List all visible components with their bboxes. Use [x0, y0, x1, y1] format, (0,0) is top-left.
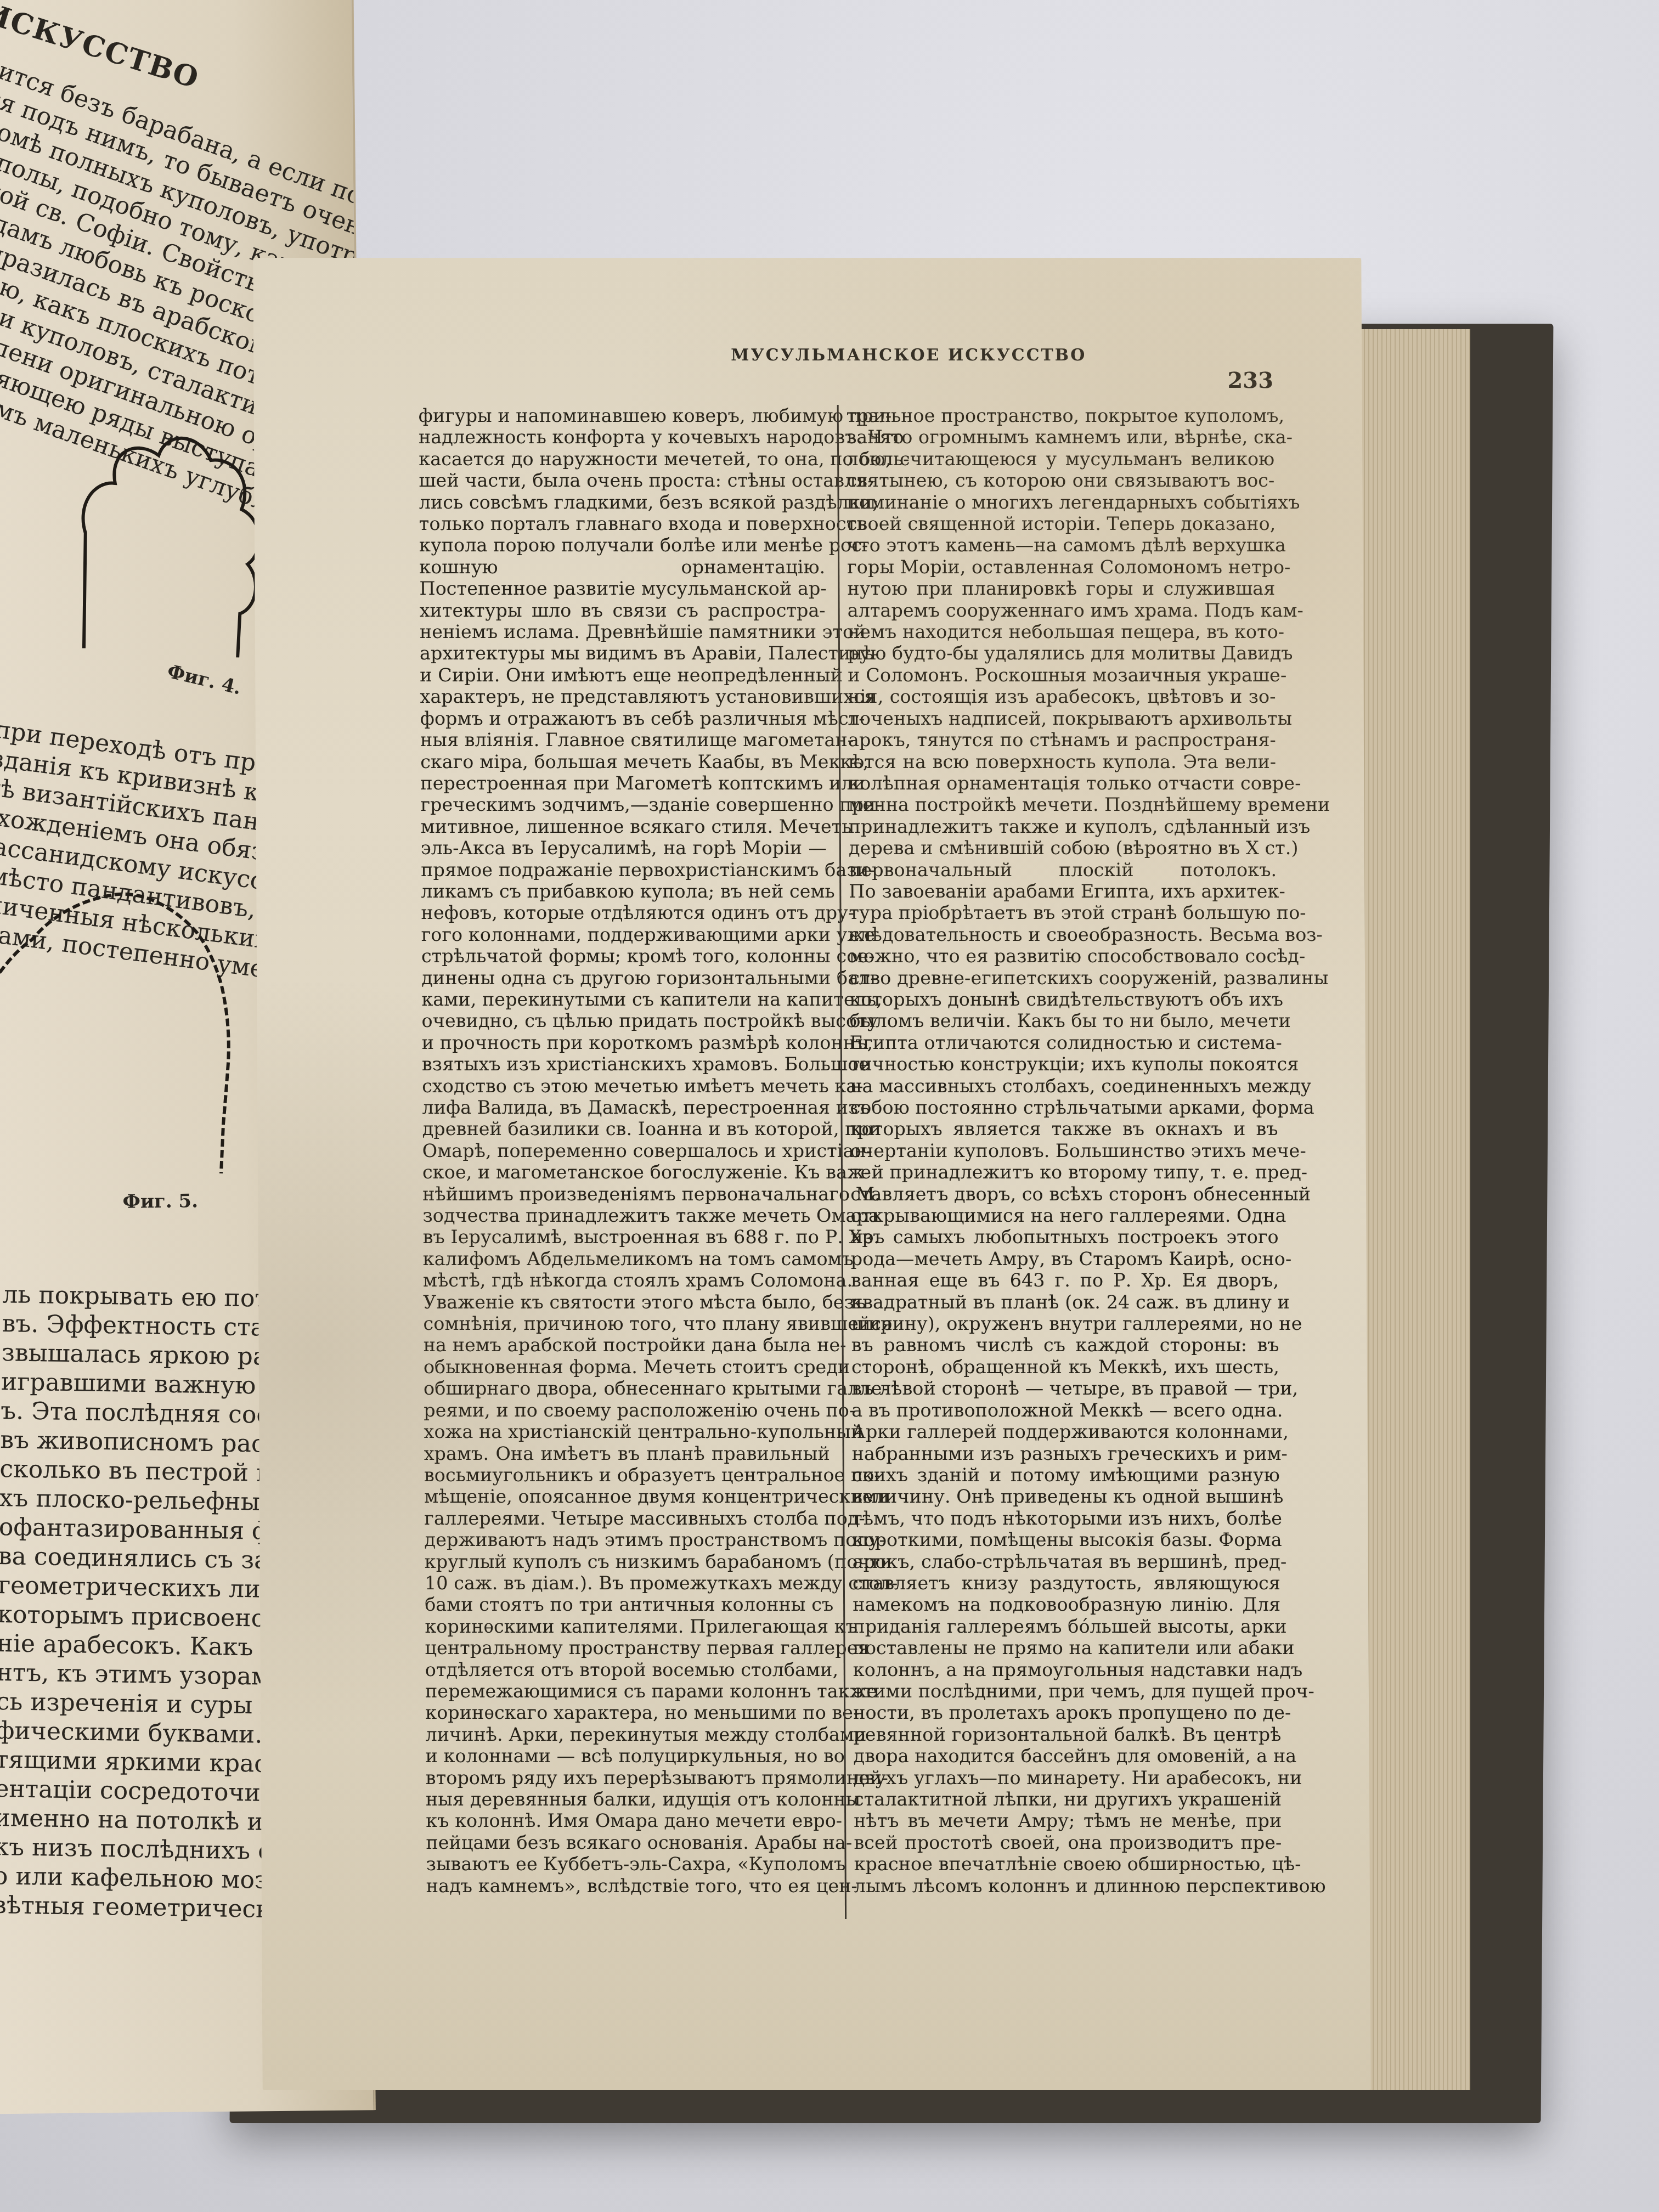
- text-line: дерева и смѣнившій собою (вѣроятно въ X …: [849, 837, 1277, 859]
- text-line: Омарѣ, попеременно совершалось и христіа…: [422, 1140, 828, 1161]
- figure-5-scalloped-arch-icon: [0, 866, 254, 1176]
- text-line: набранными изъ разныхъ греческихъ и рим-: [852, 1443, 1280, 1464]
- text-line: стрѣльчатой формы; кромѣ того, колонны с…: [421, 945, 827, 967]
- text-line: ство древне-египетскихъ сооруженій, разв…: [849, 967, 1277, 989]
- text-line: первоначальный плоскій потолокъ.: [849, 859, 1277, 881]
- text-line: личинѣ. Арки, перекинутыя между столбами: [425, 1724, 831, 1745]
- text-line: ками, перекинутыми съ капители на капите…: [421, 989, 827, 1010]
- text-line: зываютъ ее Куббетъ-эль-Сахра, «Куполомъ: [426, 1853, 832, 1875]
- text-line: приданія галлереямъ бо́льшей высоты, арк…: [853, 1616, 1280, 1637]
- text-line: надъ камнемъ», вслѣдствіе того, что ея ц…: [426, 1875, 832, 1897]
- text-line: и прочность при короткомъ размѣрѣ колонн…: [422, 1032, 828, 1053]
- figure-5-caption: Фиг. 5.: [122, 1190, 198, 1212]
- text-line: алтаремъ сооруженнаго имъ храма. Подъ ка…: [848, 600, 1276, 621]
- text-line: арокъ, тянутся по стѣнамъ и распространя…: [848, 729, 1276, 751]
- text-line: собою постоянно стрѣльчатыми арками, фор…: [850, 1097, 1278, 1118]
- text-line: бами стоятъ по три античныя колонны съ: [425, 1594, 831, 1615]
- text-line: тура пріобрѣтаетъ въ этой странѣ большую…: [849, 902, 1277, 923]
- text-line: принадлежитъ также и куполъ, сдѣланный и…: [849, 816, 1277, 837]
- text-line: занято огромнымъ камнемъ или, вѣрнѣе, ск…: [847, 426, 1274, 448]
- text-line: характеръ, не представляютъ установивших…: [420, 686, 826, 707]
- text-line: реями, и по своему расположенію очень по…: [424, 1400, 830, 1421]
- text-line: арокъ, слабо-стрѣльчатая въ вершинѣ, пре…: [853, 1551, 1280, 1572]
- text-line: ское, и магометанское богослуженіе. Къ в…: [422, 1161, 828, 1183]
- text-line: перестроенная при Магометѣ коптскимъ или: [420, 772, 826, 794]
- text-line: можно, что ея развитію способствовало со…: [849, 945, 1277, 967]
- text-line: квадратный въ планѣ (ок. 24 саж. въ длин…: [851, 1291, 1279, 1313]
- text-line: кошную орнаментацію.: [419, 556, 825, 578]
- text-line: ставляетъ дворъ, со всѣхъ сторонъ обнесе…: [850, 1183, 1278, 1205]
- text-line: лись совсѣмъ гладкими, безъ всякой раздѣ…: [419, 492, 825, 513]
- text-line: поминаніе о многихъ легендарныхъ событія…: [847, 492, 1274, 513]
- page-number: 233: [1227, 368, 1273, 393]
- text-line: горы Моріи, оставленная Соломономъ нетро…: [847, 556, 1275, 578]
- text-line: хожа на христіанскій центрально-купольны…: [424, 1421, 830, 1442]
- text-line: галлереями. Четыре массивныхъ столба под…: [424, 1508, 830, 1529]
- text-line: обширнаго двора, обнесеннаго крытыми гал…: [424, 1378, 830, 1399]
- text-line: взятыхъ изъ христіанскихъ храмовъ. Больш…: [422, 1053, 828, 1075]
- text-column-left: фигуры и напоминавшею коверъ, любимую пр…: [419, 405, 832, 1897]
- text-line: и Соломонъ. Роскошныя мозаичныя украше-: [848, 664, 1276, 686]
- text-line: менна постройкѣ мечети. Позднѣйшему врем…: [848, 794, 1276, 815]
- text-line: зодчества принадлежитъ также мечеть Омар…: [422, 1205, 828, 1226]
- text-line: на немъ арабской постройки дана была не-: [424, 1334, 830, 1356]
- text-line: купола порою получали болѣе или менѣе ро…: [419, 534, 825, 556]
- text-line: тѣмъ, что подъ нѣкоторыми изъ нихъ, болѣ…: [852, 1508, 1280, 1529]
- text-line: касается до наружности мечетей, то она, …: [419, 448, 825, 470]
- text-line: лоченыхъ надписей, покрываютъ архивольты: [848, 708, 1276, 729]
- text-line: и Сиріи. Они имѣютъ еще неопредѣленный: [420, 664, 826, 686]
- text-line: эль-Акса въ Іерусалимѣ, на горѣ Моріи —: [421, 837, 827, 859]
- text-line: намекомъ на подковообразную линію. Для: [853, 1594, 1280, 1615]
- text-line: сходство съ этою мечетью имѣетъ мечеть к…: [422, 1075, 828, 1097]
- text-line: къ колоннѣ. Имя Омара дано мечети евро-: [426, 1810, 832, 1831]
- text-line: поставлены не прямо на капители или абак…: [853, 1637, 1280, 1658]
- text-line: Постепенное развитіе мусульманской ар-: [419, 578, 825, 599]
- text-line: скихъ зданій и потому имѣющими разную: [852, 1464, 1280, 1486]
- text-line: только порталъ главнаго входа и поверхно…: [419, 513, 825, 534]
- text-line: ныя вліянія. Главное святилище магометан…: [420, 729, 826, 751]
- text-line: Уваженіе къ святости этого мѣста было, б…: [423, 1291, 829, 1313]
- text-line: въ равномъ числѣ съ каждой стороны: въ: [851, 1334, 1279, 1356]
- text-line: По завоеваніи арабами Египта, ихъ архите…: [849, 881, 1277, 902]
- text-line: слѣдовательность и своеобразность. Весьм…: [849, 924, 1277, 945]
- text-line: короткими, помѣщены высокія базы. Форма: [852, 1529, 1280, 1550]
- text-line: нѣтъ въ мечети Амру; тѣмъ не менѣе, при: [854, 1810, 1282, 1831]
- text-line: фигуры и напоминавшею коверъ, любимую пр…: [419, 405, 825, 426]
- text-line: красное впечатлѣніе своею обширностью, ц…: [854, 1853, 1282, 1875]
- text-line: восьмиугольникъ и образуетъ центральное …: [424, 1464, 830, 1486]
- text-line: калифомъ Абдельмеликомъ на томъ самомъ: [423, 1248, 829, 1269]
- text-line: центральному пространству первая галлере…: [425, 1637, 831, 1658]
- text-line: сталактитной лѣпки, ни другихъ украшеній: [854, 1788, 1282, 1810]
- text-line: а въ противоположной Меккѣ — всего одна.: [851, 1400, 1279, 1421]
- text-line: въ лѣвой сторонѣ — четыре, въ правой — т…: [851, 1378, 1279, 1399]
- text-line: немъ находится небольшая пещера, въ кото…: [848, 621, 1276, 642]
- text-line: быломъ величіи. Какъ бы то ни было, мече…: [849, 1010, 1277, 1031]
- text-line: динены одна съ другою горизонтальными ба…: [421, 967, 827, 989]
- page-edges: [1361, 329, 1470, 2090]
- text-line: рую будто-бы удалялись для молитвы Давид…: [848, 642, 1276, 664]
- text-line: скаго міра, большая мечеть Каабы, въ Мек…: [420, 751, 826, 772]
- text-line: шей части, была очень проста: стѣны оста…: [419, 470, 825, 491]
- text-line: неніемъ ислама. Древнѣйшіе памятники это…: [420, 621, 826, 642]
- text-line: и колоннами — всѣ полуциркульныя, но во: [425, 1745, 831, 1767]
- text-line: этими послѣдними, при чемъ, для пущей пр…: [853, 1680, 1281, 1702]
- text-line: ширину), окруженъ внутри галлереями, но …: [851, 1313, 1279, 1334]
- right-page: Мусульманское искусство 233 фигуры и нап…: [253, 258, 1370, 2090]
- text-line: пейцами безъ всякаго основанія. Арабы на…: [426, 1832, 832, 1853]
- text-line: нефовъ, которые отдѣляются одинъ отъ дру…: [421, 902, 827, 923]
- text-line: держиваютъ надъ этимъ пространствомъ пол…: [424, 1529, 830, 1550]
- text-line: ликамъ съ прибавкою купола; въ ней семь: [421, 881, 827, 902]
- text-line: двухъ углахъ—по минарету. Ни арабесокъ, …: [854, 1767, 1282, 1788]
- text-line: колоннъ, а на прямоугольныя надставки на…: [853, 1659, 1281, 1680]
- text-line: что этотъ камень—на самомъ дѣлѣ верхушка: [847, 534, 1275, 556]
- text-line: ставляетъ книзу раздутость, являющуюся: [853, 1572, 1280, 1594]
- running-head: Мусульманское искусство: [731, 346, 1086, 365]
- text-line: ются на всю поверхность купола. Эта вели…: [848, 751, 1276, 772]
- text-line: перемежающимися съ парами колоннъ также: [425, 1680, 831, 1702]
- text-line: надлежность конфорта у кочевыхъ народовъ…: [419, 426, 825, 448]
- text-line: 10 саж. въ діам.). Въ промежуткахъ между…: [425, 1572, 831, 1594]
- text-line: тичностью конструкціи; ихъ куполы покоят…: [850, 1053, 1278, 1075]
- text-line: ности, въ пролетахъ арокъ пропущено по д…: [853, 1702, 1281, 1723]
- text-line: своей священной исторіи. Теперь доказано…: [847, 513, 1275, 534]
- text-line: тей принадлежитъ ко второму типу, т. е. …: [850, 1161, 1278, 1183]
- text-line: нія, состоящія изъ арабесокъ, цвѣтовъ и …: [848, 686, 1276, 707]
- text-line: ревянной горизонтальной балкѣ. Въ центрѣ: [853, 1724, 1281, 1745]
- text-line: колѣпная орнаментація только отчасти сов…: [848, 772, 1276, 794]
- text-line: очертаніи куполовъ. Большинство этихъ ме…: [850, 1140, 1278, 1161]
- text-line: круглый куполъ съ низкимъ барабаномъ (по…: [425, 1551, 831, 1572]
- text-line: двора находится бассейнъ для омовеній, а…: [853, 1745, 1281, 1767]
- text-line: гого колоннами, поддерживающими арки уже: [421, 924, 827, 945]
- text-line: сомнѣнія, причиною того, что плану явивш…: [423, 1313, 829, 1334]
- text-line: всей простотѣ своей, она производитъ пре…: [854, 1832, 1282, 1853]
- text-line: архитектуры мы видимъ въ Аравіи, Палести…: [420, 642, 826, 664]
- text-line: Арки галлерей поддерживаются колоннами,: [851, 1421, 1279, 1442]
- text-line: сторонѣ, обращенной къ Меккѣ, ихъ шесть,: [851, 1356, 1279, 1378]
- text-line: отдѣляется отъ второй восемью столбами,: [425, 1659, 831, 1680]
- text-line: митивное, лишенное всякаго стиля. Мечеть: [421, 816, 827, 837]
- text-line: въ Іерусалимѣ, выстроенная въ 688 г. по …: [422, 1226, 828, 1248]
- text-line: изъ самыхъ любопытныхъ построекъ этого: [850, 1226, 1278, 1248]
- text-line: Египта отличаются солидностью и система-: [850, 1032, 1278, 1053]
- text-line: лифа Валида, въ Дамаскѣ, перестроенная и…: [422, 1097, 828, 1118]
- text-line: второмъ ряду ихъ перерѣзываютъ прямолине…: [426, 1767, 832, 1788]
- text-line: мѣщеніе, опоясанное двумя концентрически…: [424, 1486, 830, 1507]
- text-line: очевидно, съ цѣлью придать постройкѣ выс…: [421, 1010, 827, 1031]
- text-line: греческимъ зодчимъ,—зданіе совершенно пр…: [420, 794, 826, 815]
- text-line: тральное пространство, покрытое куполомъ…: [847, 405, 1274, 426]
- text-line: святынею, съ которою они связываютъ вос-: [847, 470, 1274, 491]
- text-line: лымъ лѣсомъ колоннъ и длинною перспектив…: [854, 1875, 1282, 1897]
- text-line: на массивныхъ столбахъ, соединенныхъ меж…: [850, 1075, 1278, 1097]
- text-line: нѣйшимъ произведеніямъ первоначальнаго М…: [422, 1183, 828, 1205]
- text-line: древней базилики св. Іоанна и въ которой…: [422, 1118, 828, 1139]
- text-line: которыхъ является также въ окнахъ и въ: [850, 1118, 1278, 1139]
- text-line: хитектуры шло въ связи съ распростра-: [420, 600, 826, 621]
- text-line: обыкновенная форма. Мечеть стоитъ среди: [424, 1356, 830, 1378]
- text-line: формъ и отражаютъ въ себѣ различныя мѣст…: [420, 708, 826, 729]
- text-line: нутою при планировкѣ горы и служившая: [847, 578, 1275, 599]
- text-column-right: тральное пространство, покрытое куполомъ…: [847, 405, 1282, 1897]
- text-line: прямое подражаніе первохристіанскимъ баз…: [421, 859, 827, 881]
- text-line: мѣстѣ, гдѣ нѣкогда стоялъ храмъ Соломона…: [423, 1269, 829, 1291]
- text-line: рода—мечеть Амру, въ Старомъ Каирѣ, осно…: [851, 1248, 1279, 1269]
- text-line: лою, считающеюся у мусульманъ великою: [847, 448, 1274, 470]
- text-line: коринѳскаго характера, но меньшими по ве…: [425, 1702, 831, 1723]
- text-line: величину. Онѣ приведены къ одной вышинѣ: [852, 1486, 1280, 1507]
- text-line: открывающимися на него галлереями. Одна: [850, 1205, 1278, 1226]
- text-line: коринѳскими капителями. Прилегающая къ: [425, 1616, 831, 1637]
- text-line: которыхъ донынѣ свидѣтельствуютъ объ ихъ: [849, 989, 1277, 1010]
- text-line: храмъ. Она имѣетъ въ планѣ правильный: [424, 1443, 830, 1464]
- text-line: ныя деревянныя балки, идущія отъ колонны: [426, 1788, 832, 1810]
- text-line: ванная еще въ 643 г. по Р. Хр. Ея дворъ,: [851, 1269, 1279, 1291]
